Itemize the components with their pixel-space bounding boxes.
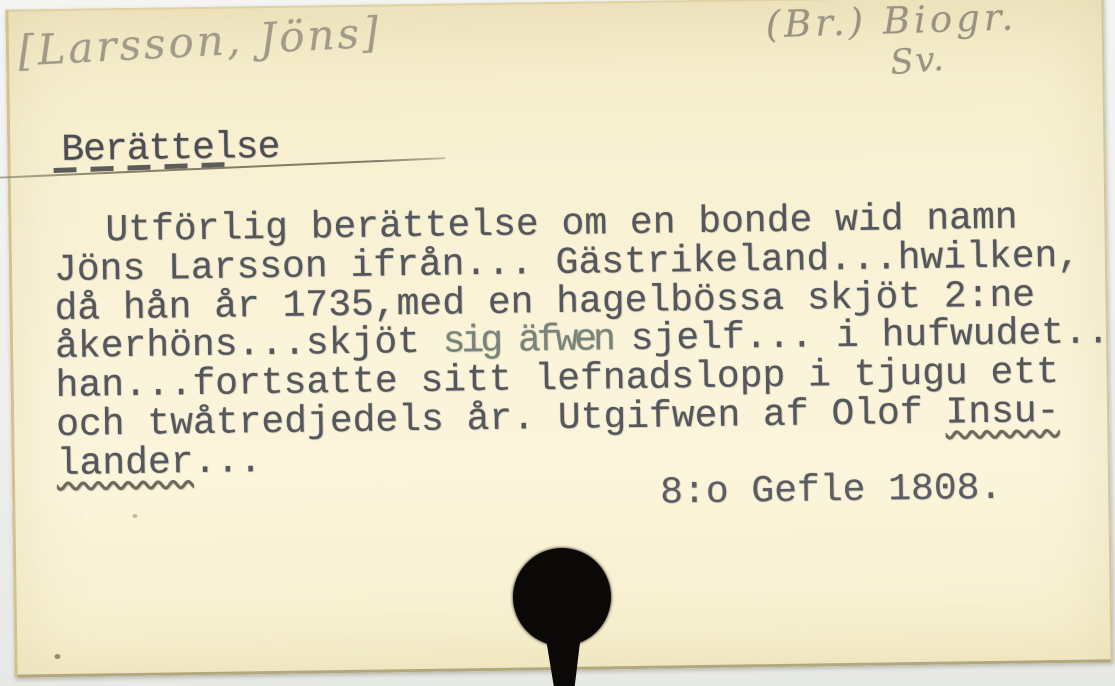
scanned-card-photo: [Larsson, Jöns] (Br.) Biogr. Sv. Berätte… <box>0 0 1115 686</box>
paper-speck <box>54 654 60 659</box>
handwritten-classification-annotation: (Br.) Biogr. <box>765 0 1018 46</box>
body-line-7-underlined-word: lander <box>56 441 193 486</box>
handwritten-language-annotation: Sv. <box>889 39 947 83</box>
imprint-line: 8:o Gefle 1808. <box>660 467 1003 515</box>
paper-speck <box>132 514 137 518</box>
body-line-4-inserted-words: sig äfwen <box>442 318 631 364</box>
body-line-7-post: ... <box>193 440 262 484</box>
handwritten-name-annotation: [Larsson, Jöns] <box>17 8 383 76</box>
body-line-6-underlined-word: Insu- <box>945 390 1060 435</box>
typed-body-text: Utförlig berättelse om en bonde wid namn… <box>53 198 1115 485</box>
